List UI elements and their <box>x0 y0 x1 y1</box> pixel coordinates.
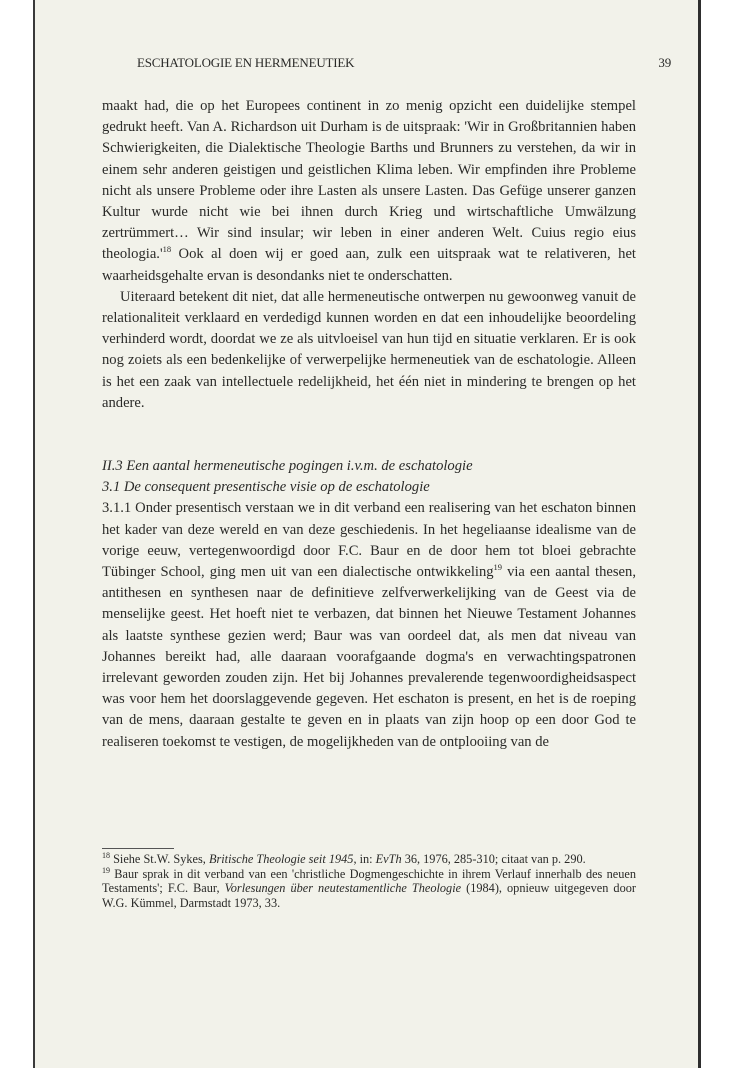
section-paragraph-text-cont: via een aantal thesen, antithesen en syn… <box>102 564 636 750</box>
section-headings: II.3 Een aantal hermeneutische pogingen … <box>102 456 636 498</box>
paragraph-2: Uiteraard betekent dit niet, dat alle he… <box>102 287 636 414</box>
running-head-title: ESCHATOLOGIE EN HERMENEUTIEK <box>137 55 354 71</box>
subsection-heading: 3.1 De consequent presentische visie op … <box>102 477 636 498</box>
footnote-text: 36, 1976, 285-310; citaat van p. 290. <box>402 852 586 866</box>
page-number: 39 <box>658 55 671 71</box>
paragraph-1-text: maakt had, die op het Europees continent… <box>102 98 636 262</box>
footnote-19: 19 Baur sprak in dit verband van een 'ch… <box>102 867 636 911</box>
footnote-18: 18 Siehe St.W. Sykes, Britische Theologi… <box>102 852 636 867</box>
footnote-text: Siehe St.W. Sykes, <box>110 852 209 866</box>
paragraph-1: maakt had, die op het Europees continent… <box>102 96 636 287</box>
footnote-ref-18[interactable]: 18 <box>163 245 172 255</box>
paragraph-1-text-cont: Ook al doen wij er goed aan, zulk een ui… <box>102 246 636 283</box>
main-text: maakt had, die op het Europees continent… <box>102 96 636 753</box>
section-paragraph: 3.1.1 Onder presentisch verstaan we in d… <box>102 498 636 752</box>
footnote-journal: EvTh <box>376 852 402 866</box>
footnote-ref-19[interactable]: 19 <box>494 562 503 572</box>
footnote-title: Vorlesungen über neutestamentliche Theol… <box>225 881 461 895</box>
section-heading: II.3 Een aantal hermeneutische pogingen … <box>102 456 636 477</box>
footnote-number: 18 <box>102 851 110 860</box>
footnotes: 18 Siehe St.W. Sykes, Britische Theologi… <box>102 852 636 910</box>
footnote-divider <box>102 848 174 849</box>
footnote-title: Britische Theologie seit 1945 <box>209 852 353 866</box>
footnote-number: 19 <box>102 866 110 875</box>
paragraph-2-text: Uiteraard betekent dit niet, dat alle he… <box>102 289 636 411</box>
footnote-text: , in: <box>353 852 375 866</box>
